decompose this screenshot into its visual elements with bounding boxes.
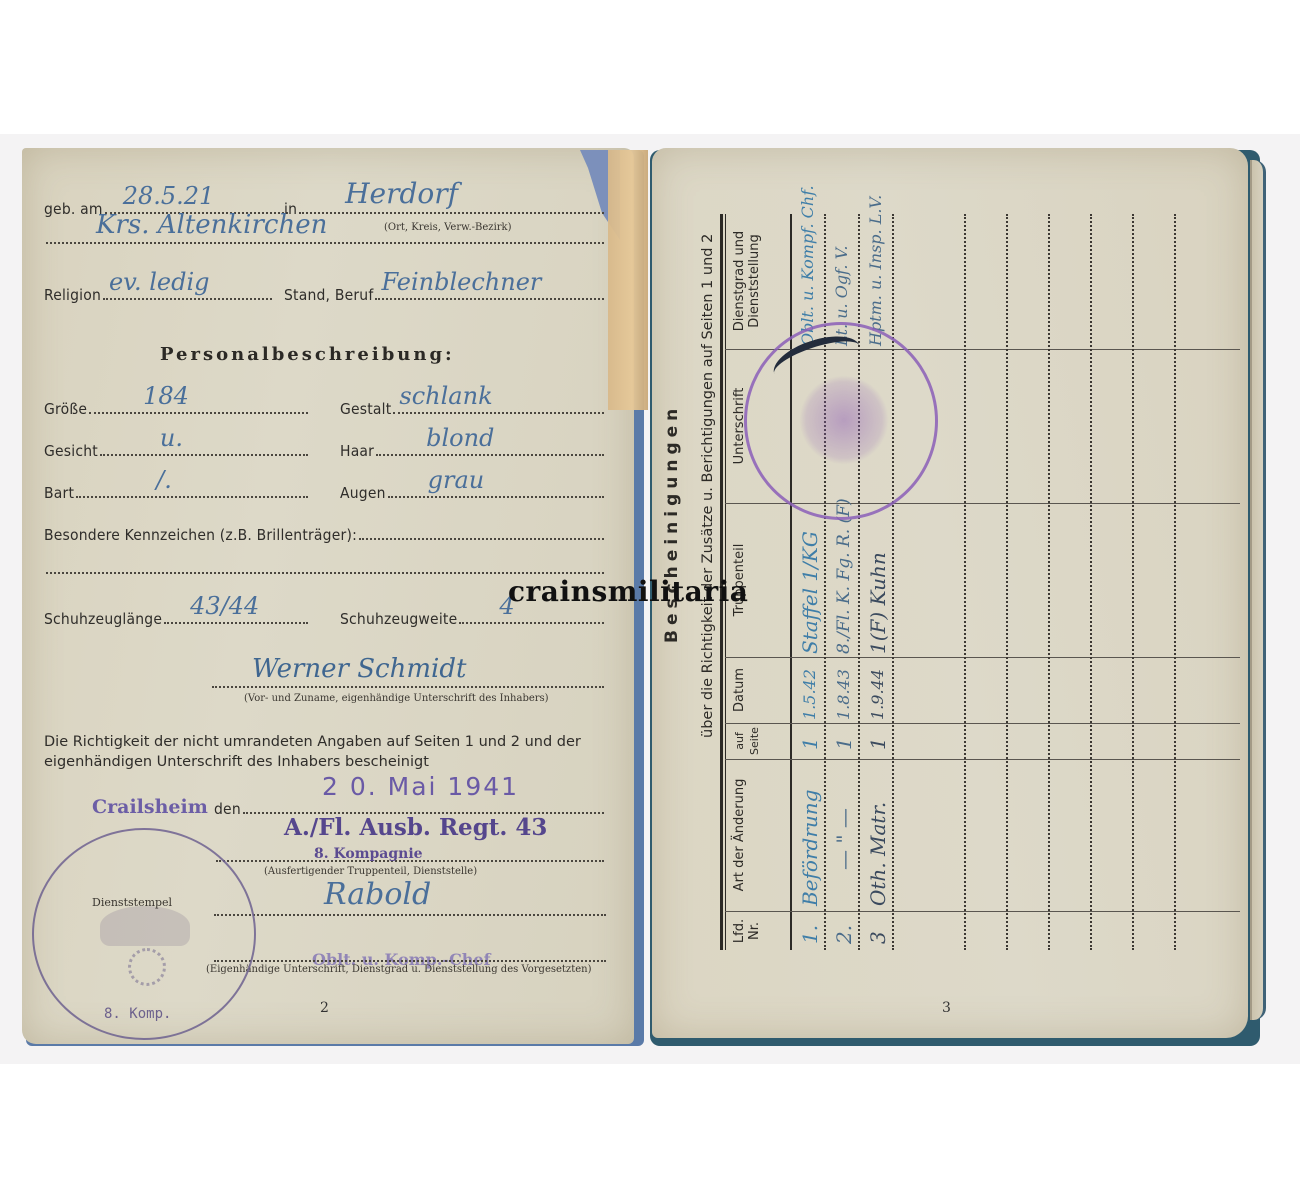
beard-field: Bart /. bbox=[44, 484, 310, 502]
row2-nr: 2. bbox=[832, 925, 856, 944]
row2-seite: 1 bbox=[832, 737, 856, 750]
row2-truppenteil: 8./Fl. K. Fg. R. (F) bbox=[834, 498, 854, 654]
row3-datum: 1.9.44 bbox=[868, 669, 887, 720]
religion-field: Religion ev. ledig bbox=[44, 286, 274, 304]
birth-date-label: geb. am bbox=[44, 200, 103, 218]
den-label: den bbox=[214, 800, 241, 818]
officer-signature: Rabold bbox=[324, 877, 431, 912]
col-header-seite: auf Seite bbox=[732, 724, 762, 758]
eagle-icon bbox=[100, 906, 190, 946]
row1-nr: 1. bbox=[798, 925, 822, 944]
row2-datum: 1.8.43 bbox=[834, 669, 853, 720]
hair-label: Haar bbox=[340, 442, 374, 460]
service-stamp: 8. Komp. bbox=[32, 828, 256, 1040]
certifications-subtitle: über die Richtigkeit der Zusätze u. Beri… bbox=[700, 234, 716, 738]
build-field: Gestalt schlank bbox=[340, 400, 606, 418]
eyes-label: Augen bbox=[340, 484, 386, 502]
page-number-left: 2 bbox=[320, 1000, 329, 1016]
row3-art: Oth. Matr. bbox=[866, 802, 890, 906]
shoe-length-label: Schuhzeuglänge bbox=[44, 610, 162, 628]
shoe-length-field: Schuhzeuglänge 43/44 bbox=[44, 610, 310, 628]
issue-date-stamp: 2 0. Mai 1941 bbox=[322, 772, 519, 801]
holder-signature: Werner Schmidt bbox=[252, 654, 466, 684]
holder-signature-field: Werner Schmidt bbox=[210, 686, 606, 692]
stamp-bottom-text: 8. Komp. bbox=[104, 1006, 171, 1022]
face-label: Gesicht bbox=[44, 442, 98, 460]
build-value: schlank bbox=[399, 382, 492, 410]
col-header-nr: Lfd. Nr. bbox=[732, 914, 762, 948]
birth-place-field: in Herdorf bbox=[284, 200, 606, 218]
special-marks-label: Besondere Kennzeichen (z.B. Brillenträge… bbox=[44, 526, 357, 544]
row3-seite: 1 bbox=[866, 737, 890, 750]
row2-art: — " — bbox=[832, 808, 856, 870]
district-field: Krs. Altenkirchen bbox=[44, 242, 606, 248]
col-header-dienstgrad: Dienstgrad und Dienststellung bbox=[732, 214, 762, 348]
hair-field: Haar blond bbox=[340, 442, 606, 460]
issue-place-stamp: Crailsheim bbox=[92, 796, 208, 818]
officer-signature-field: Rabold bbox=[212, 914, 608, 920]
col-header-datum: Datum bbox=[732, 658, 747, 722]
eyes-field: Augen grau bbox=[340, 484, 606, 502]
occupation-field: Stand, Beruf Feinblechner bbox=[284, 286, 606, 304]
occupation-value: Feinblechner bbox=[381, 268, 541, 296]
personal-description-heading: Personalbeschreibung: bbox=[160, 344, 455, 365]
height-value: 184 bbox=[143, 382, 189, 410]
row1-seite: 1 bbox=[798, 737, 822, 750]
beard-label: Bart bbox=[44, 484, 74, 502]
height-field: Größe 184 bbox=[44, 400, 310, 418]
eagle-emblem-icon bbox=[799, 375, 889, 465]
shoe-width-field: Schuhzeugweite 4 bbox=[340, 610, 606, 628]
col-header-art: Art der Änderung bbox=[732, 760, 747, 910]
district-value: Krs. Altenkirchen bbox=[96, 210, 327, 240]
build-label: Gestalt bbox=[340, 400, 391, 418]
birth-date-value: 28.5.21 bbox=[123, 182, 215, 210]
eyes-value: grau bbox=[428, 466, 485, 494]
beard-value: /. bbox=[156, 466, 172, 494]
page-stack-edge bbox=[1250, 160, 1266, 1020]
hair-value: blond bbox=[426, 424, 494, 452]
row1-truppenteil: Staffel 1/KG bbox=[798, 531, 822, 654]
religion-label: Religion bbox=[44, 286, 101, 304]
corrections-table: Lfd. Nr. Art der Änderung auf Seite Datu… bbox=[720, 214, 1240, 950]
wreath-icon bbox=[128, 948, 166, 986]
row3-nr: 3 bbox=[866, 931, 890, 944]
watermark: crainsmilitaria bbox=[508, 575, 748, 608]
row1-datum: 1.5.42 bbox=[800, 669, 819, 720]
row1-art: Befördrung bbox=[798, 790, 822, 906]
unit-caption: (Ausfertigender Truppenteil, Dienststell… bbox=[264, 866, 477, 877]
birth-place-value: Herdorf bbox=[345, 177, 458, 210]
face-value: u. bbox=[160, 424, 183, 452]
face-field: Gesicht u. bbox=[44, 442, 310, 460]
unit-stamp: A./Fl. Ausb. Regt. 43 bbox=[284, 814, 547, 841]
stamp-center-label: Dienststempel bbox=[92, 896, 172, 909]
shoe-width-label: Schuhzeugweite bbox=[340, 610, 457, 628]
spine-tape bbox=[608, 150, 648, 410]
row1-dienstgrad: Oblt. u. Kompf. Chf. bbox=[798, 185, 817, 346]
height-label: Größe bbox=[44, 400, 87, 418]
religion-value: ev. ledig bbox=[109, 268, 209, 296]
officer-caption: (Eigenhändige Unterschrift, Dienstgrad u… bbox=[206, 964, 591, 975]
holder-signature-caption: (Vor- und Zuname, eigenhändige Unterschr… bbox=[244, 693, 549, 704]
shoe-length-value: 43/44 bbox=[190, 592, 259, 620]
birth-place-caption: (Ort, Kreis, Verw.-Bezirk) bbox=[384, 222, 512, 233]
row3-truppenteil: 1(F) Kuhn bbox=[866, 552, 890, 654]
special-marks-field: Besondere Kennzeichen (z.B. Brillenträge… bbox=[44, 526, 606, 544]
certification-text: Die Richtigkeit der nicht umrandeten Ang… bbox=[44, 732, 610, 772]
occupation-label: Stand, Beruf bbox=[284, 286, 373, 304]
page-number-right: 3 bbox=[942, 1000, 951, 1016]
row3-dienstgrad: Hptm. u. Insp. L.V. bbox=[866, 195, 885, 346]
company-stamp: 8. Kompagnie bbox=[314, 846, 423, 862]
